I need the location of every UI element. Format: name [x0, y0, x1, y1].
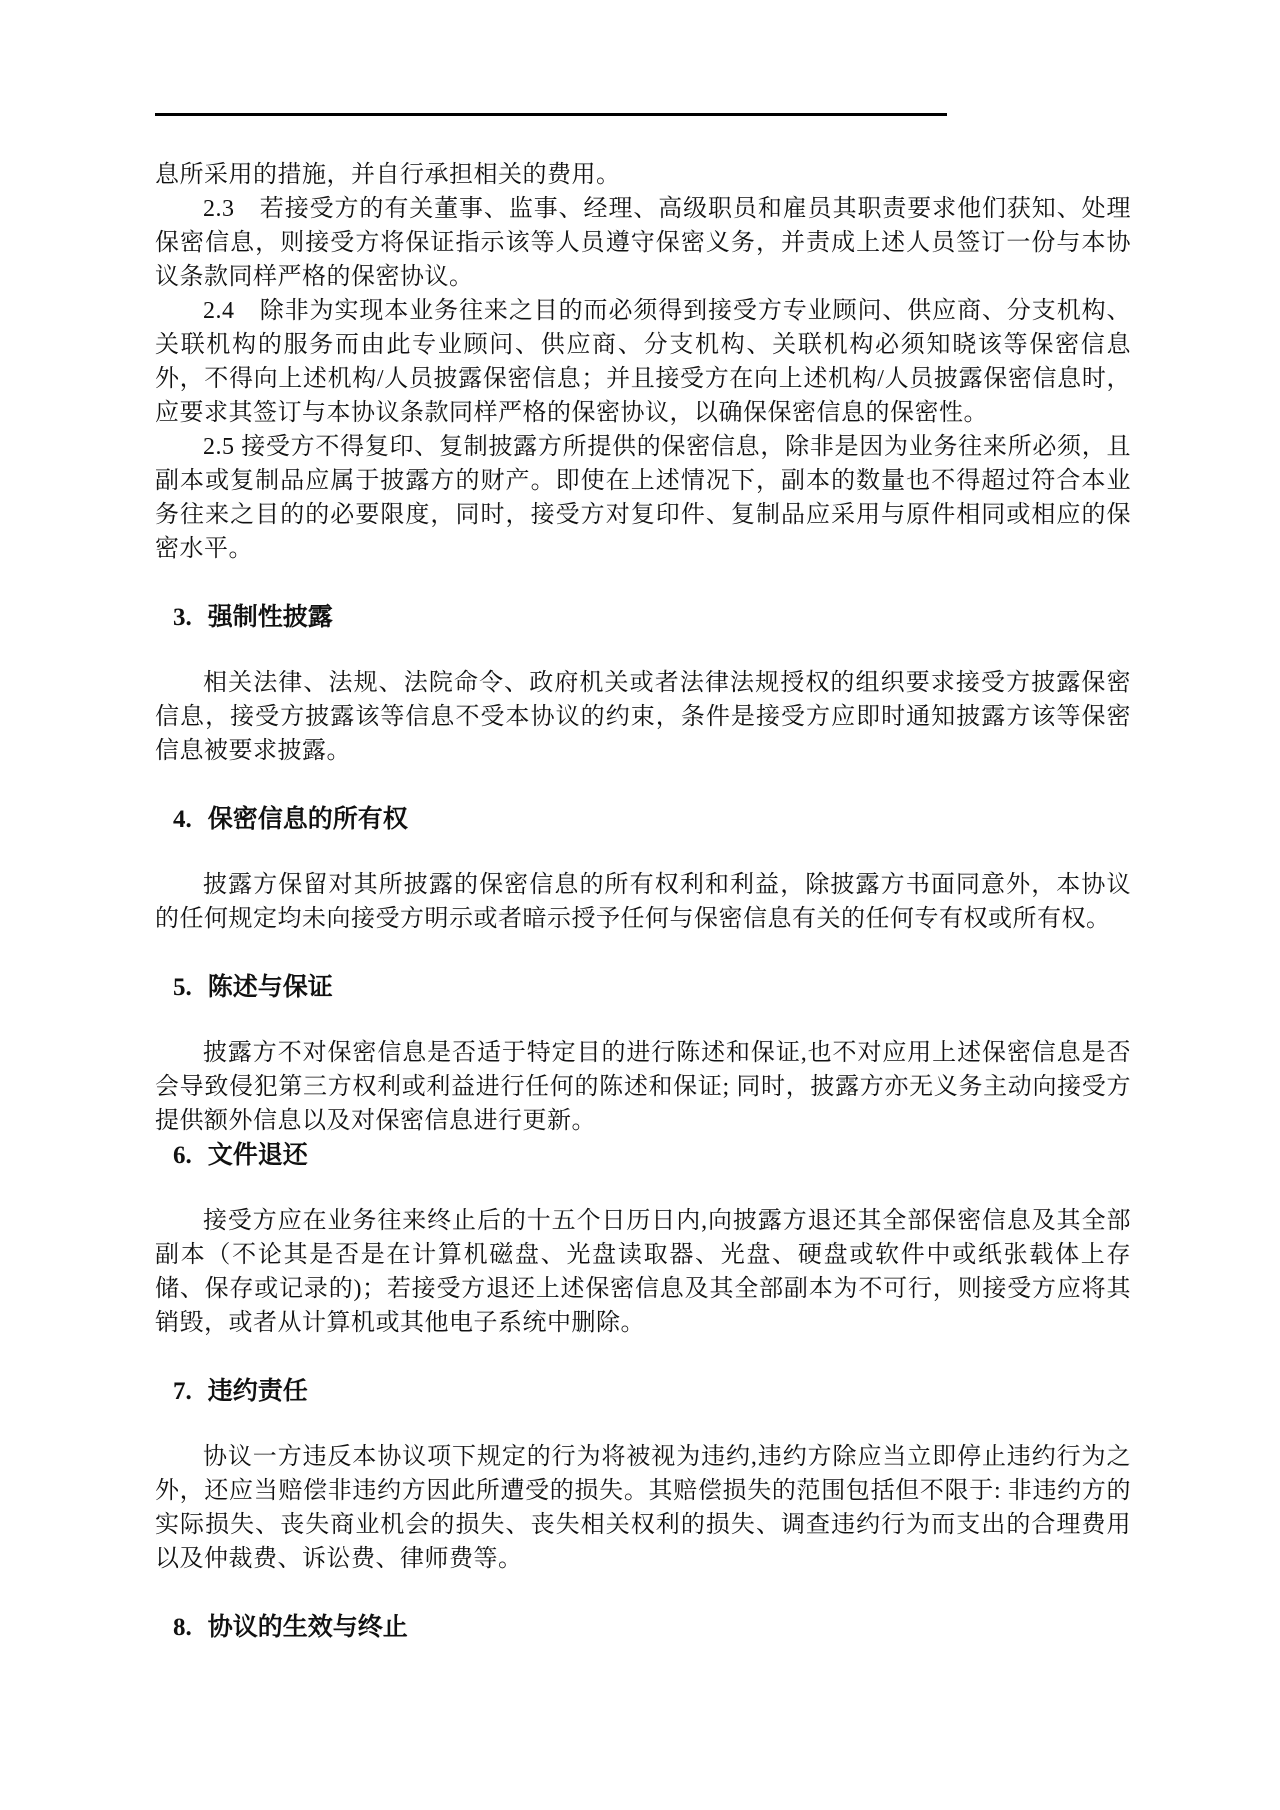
section-title: 强制性披露 [208, 600, 333, 636]
section-title: 文件退还 [208, 1138, 308, 1174]
body-paragraph: 披露方保留对其所披露的保密信息的所有权利和利益，除披露方书面同意外，本协议的任何… [155, 868, 1131, 936]
header-rule [155, 113, 947, 116]
section-title: 陈述与保证 [208, 970, 333, 1006]
section-title: 违约责任 [208, 1374, 308, 1410]
section-number: 5. [173, 970, 192, 1006]
section-heading: 8.协议的生效与终止 [155, 1610, 1131, 1646]
section-heading: 6.文件退还 [155, 1138, 1131, 1174]
body-paragraph: 协议一方违反本协议项下规定的行为将被视为违约,违约方除应当立即停止违约行为之外，… [155, 1440, 1131, 1576]
section-number: 7. [173, 1374, 192, 1410]
document-content: 息所采用的措施，并自行承担相关的费用。2.3 若接受方的有关董事、监事、经理、高… [155, 158, 1131, 1676]
body-paragraph: 相关法律、法规、法院命令、政府机关或者法律法规授权的组织要求接受方披露保密信息，… [155, 666, 1131, 768]
section-heading: 7.违约责任 [155, 1374, 1131, 1410]
body-paragraph: 息所采用的措施，并自行承担相关的费用。 [155, 158, 1131, 192]
section-title: 协议的生效与终止 [208, 1610, 408, 1646]
body-paragraph: 2.4 除非为实现本业务往来之目的而必须得到接受方专业顾问、供应商、分支机构、关… [155, 294, 1131, 430]
section-number: 6. [173, 1138, 192, 1174]
section-number: 3. [173, 600, 192, 636]
page: 息所采用的措施，并自行承担相关的费用。2.3 若接受方的有关董事、监事、经理、高… [0, 0, 1280, 1810]
section-heading: 3.强制性披露 [155, 600, 1131, 636]
section-number: 8. [173, 1610, 192, 1646]
body-paragraph: 接受方应在业务往来终止后的十五个日历日内,向披露方退还其全部保密信息及其全部副本… [155, 1204, 1131, 1340]
body-paragraph: 2.3 若接受方的有关董事、监事、经理、高级职员和雇员其职责要求他们获知、处理保… [155, 192, 1131, 294]
body-paragraph: 披露方不对保密信息是否适于特定目的进行陈述和保证,也不对应用上述保密信息是否会导… [155, 1036, 1131, 1138]
section-title: 保密信息的所有权 [208, 802, 408, 838]
section-number: 4. [173, 802, 192, 838]
section-heading: 5.陈述与保证 [155, 970, 1131, 1006]
section-heading: 4.保密信息的所有权 [155, 802, 1131, 838]
body-paragraph: 2.5 接受方不得复印、复制披露方所提供的保密信息，除非是因为业务往来所必须，且… [155, 430, 1131, 566]
